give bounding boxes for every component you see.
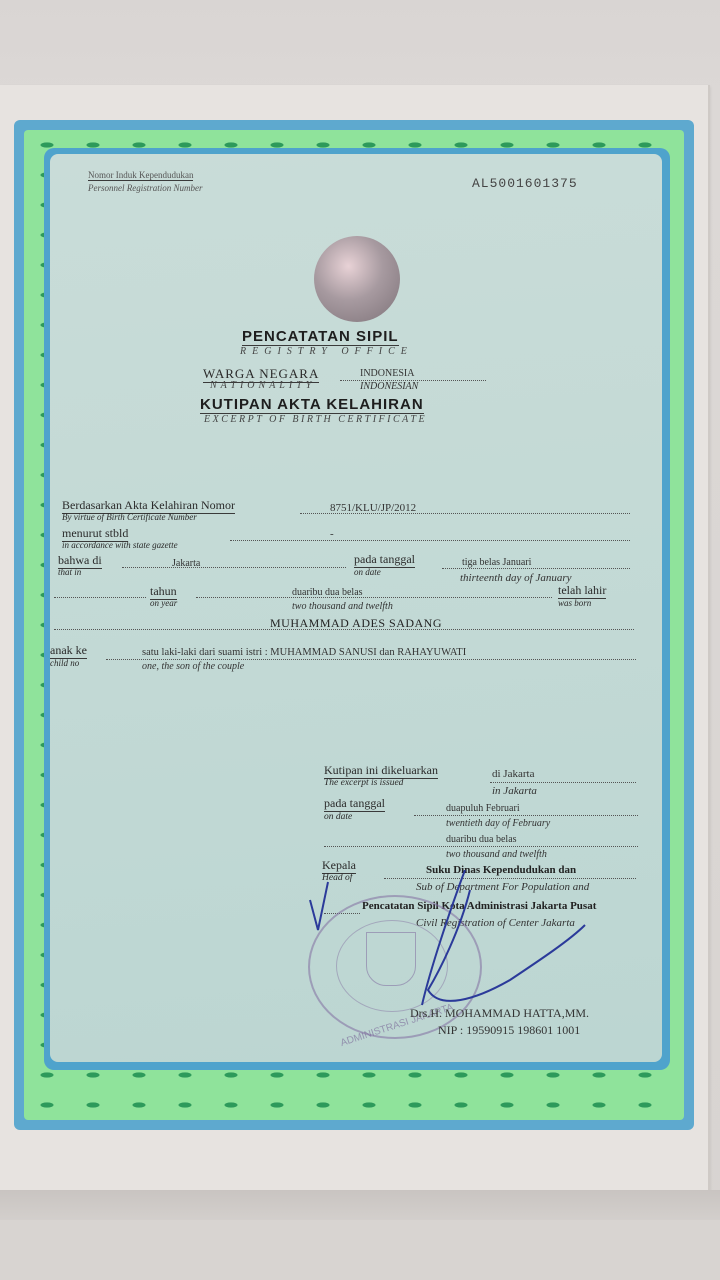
main-title: KUTIPAN AKTA KELAHIRAN [200,396,424,414]
paper-fold-edge [0,1190,720,1220]
nationality-value-en: INDONESIAN [360,381,418,392]
date-label: pada tanggal [354,552,415,568]
nationality-value: INDONESIA [360,368,414,379]
issued-date: duapuluh Februari [446,803,520,814]
registration-label-en: Personnel Registration Number [88,183,203,193]
date-label-en: on date [354,567,381,577]
year-value-en: two thousand and twelfth [292,601,393,612]
cert-number-label-en: By virtue of Birth Certificate Number [62,512,197,522]
child-name: MUHAMMAD ADES SADANG [270,616,442,631]
issued-label: Kutipan ini dikeluarkan [324,763,438,779]
cert-number-value: 8751/KLU/JP/2012 [330,502,416,514]
registration-label: Nomor Induk Kependudukan [88,170,193,181]
born-label: telah lahir [558,583,606,599]
signature-icon [300,870,600,1020]
child-no-value-en: one, the son of the couple [142,661,244,672]
born-label-en: was born [558,598,591,608]
main-title-en: EXCERPT OF BIRTH CERTIFICATE [204,414,427,425]
official-name: Drs.H. MOHAMMAD HATTA,MM. [410,1006,589,1021]
issued-date-label-en: on date [324,812,352,822]
nationality-label-en: NATIONALITY [210,380,315,391]
issued-date-label: pada tanggal [324,796,385,812]
year-value: duaribu dua belas [292,587,363,598]
date-value-en: thirteenth day of January [460,572,572,584]
stbld-value: - [330,528,334,540]
child-no-value: satu laki-laki dari suami istri : MUHAMM… [142,647,466,658]
issued-place: di Jakarta [492,768,534,780]
issued-label-en: The excerpt is issued [324,778,403,788]
office-title: PENCATATAN SIPIL [242,328,399,346]
issued-date-en: twentieth day of February [446,818,550,829]
place-value: Jakarta [172,558,200,569]
date-value: tiga belas Januari [462,557,531,568]
issued-year-en: two thousand and twelfth [446,849,547,860]
issued-year: duaribu dua belas [446,834,517,845]
garuda-emblem-icon [314,236,400,322]
year-label-en: on year [150,598,177,608]
child-no-label: anak ke [50,643,87,659]
serial-number: AL5001601375 [472,176,578,191]
place-label-en: that in [58,567,81,577]
office-title-en: REGISTRY OFFICE [240,346,413,357]
stbld-label-en: in accordance with state gazette [62,540,178,550]
child-no-label-en: child no [50,658,79,668]
issued-place-en: in Jakarta [492,785,537,797]
official-nip: NIP : 19590915 198601 1001 [438,1023,580,1038]
